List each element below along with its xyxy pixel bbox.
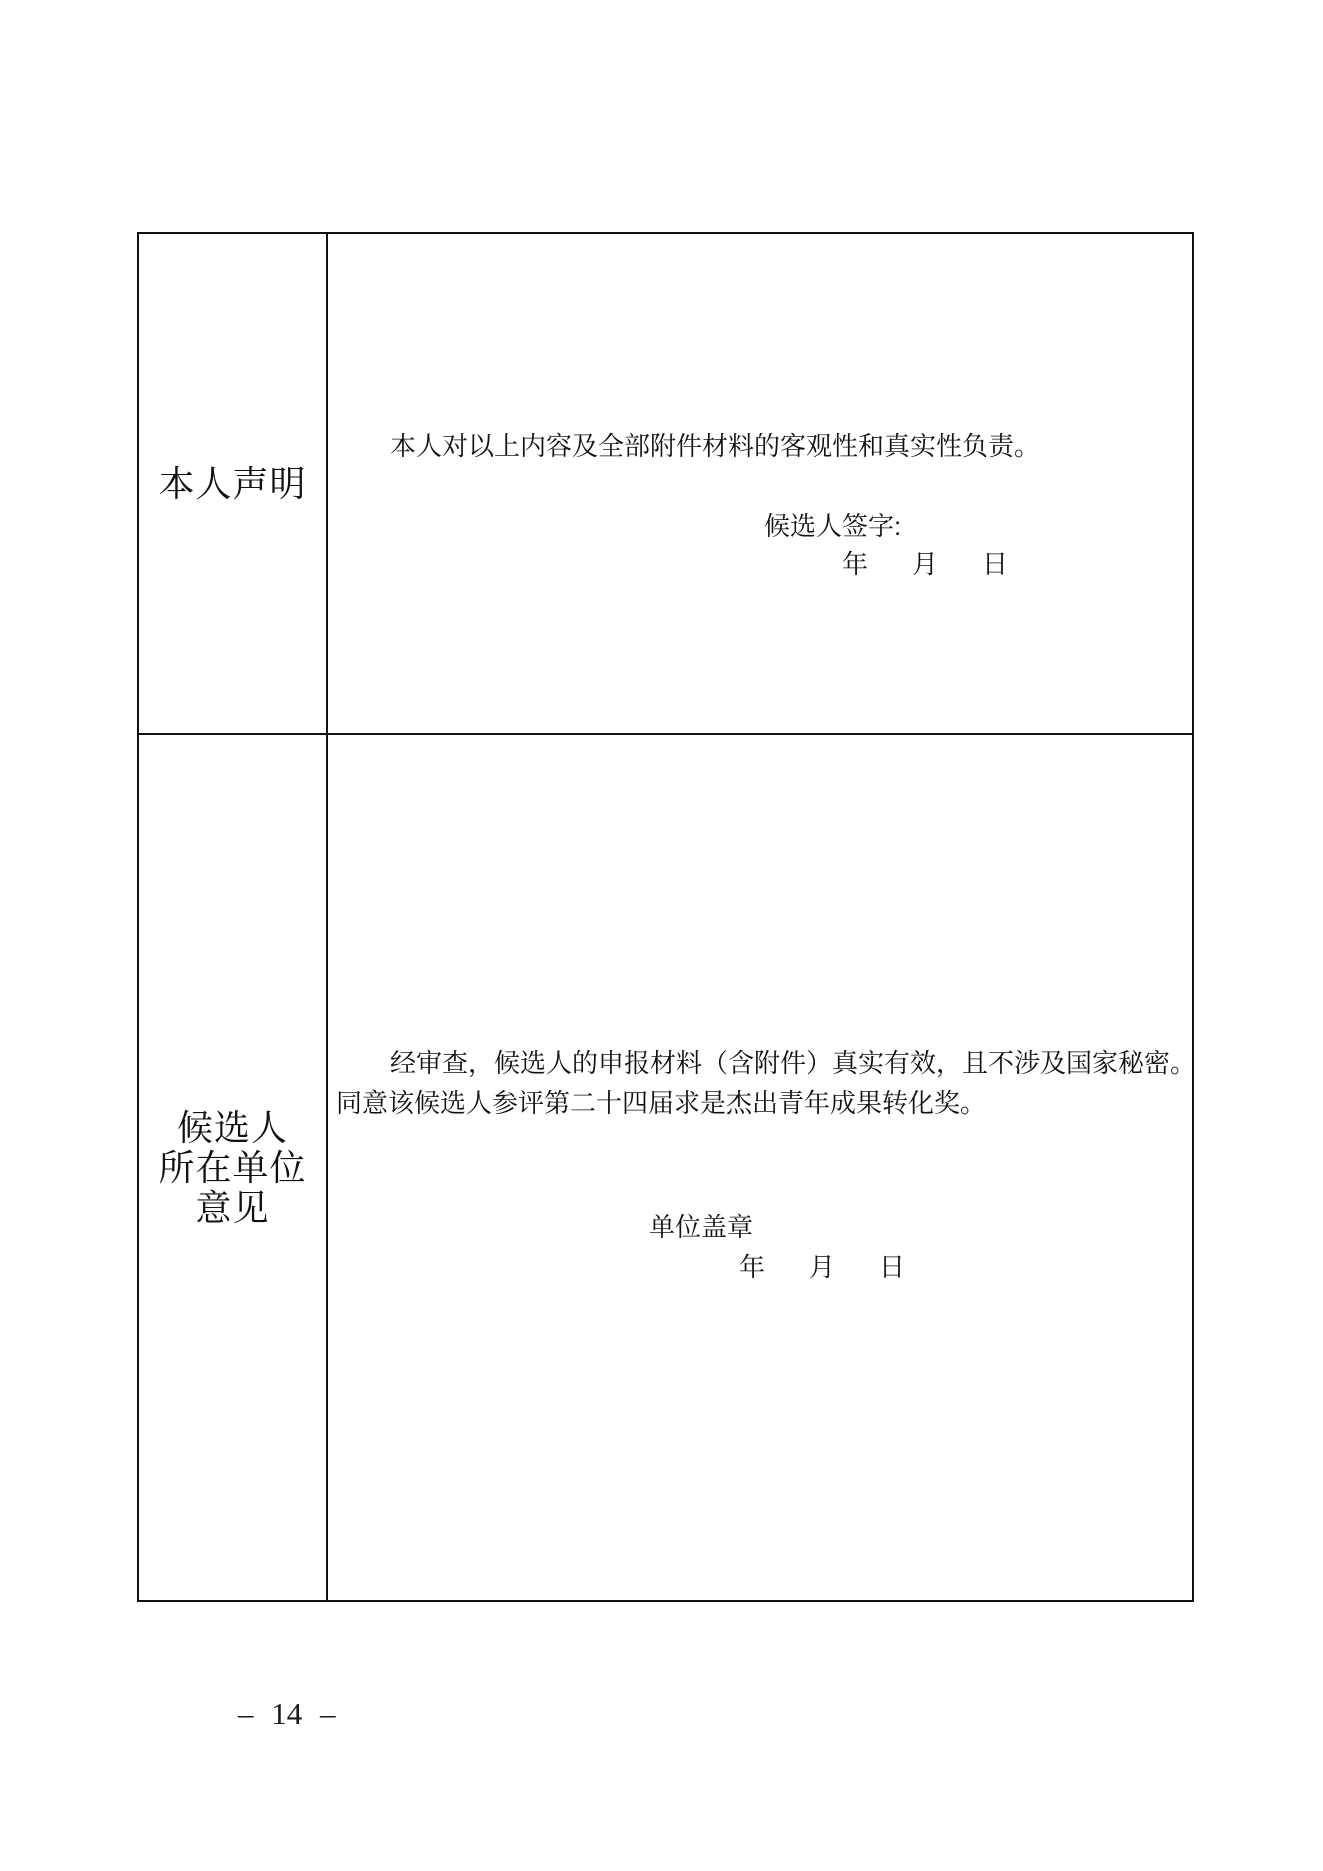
month-label: 月 [912,544,938,584]
unit-opinion-date-line: 年 月 日 [739,1247,905,1287]
unit-opinion-header-line: 意见 [195,1188,269,1228]
unit-opinion-statement: 经审查，候选人的申报材料（含附件）真实有效，且不涉及国家秘密。 同意该候选人参评… [336,1043,1196,1123]
month-label: 月 [809,1247,835,1287]
unit-opinion-header-cell: 候选人 所在单位 意见 [139,735,328,1600]
declaration-statement: 本人对以上内容及全部附件材料的客观性和真实性负责。 [336,426,1040,466]
declaration-header-label: 本人声明 [158,464,306,504]
unit-seal-label: 单位盖章 [649,1207,753,1247]
unit-opinion-statement-line-1: 经审查，候选人的申报材料（含附件）真实有效，且不涉及国家秘密。 [336,1043,1196,1083]
form-table: 本人声明 本人对以上内容及全部附件材料的客观性和真实性负责。 候选人签字: 年 … [137,232,1194,1602]
declaration-date-line: 年 月 日 [842,544,1008,584]
unit-opinion-statement-line-2: 同意该候选人参评第二十四届求是杰出青年成果转化奖。 [336,1083,1196,1123]
year-label: 年 [842,544,868,584]
unit-opinion-header-line: 候选人 [177,1108,288,1148]
declaration-header-cell: 本人声明 [139,234,328,735]
unit-opinion-header-line: 所在单位 [158,1148,306,1188]
unit-opinion-content-cell: 经审查，候选人的申报材料（含附件）真实有效，且不涉及国家秘密。 同意该候选人参评… [328,735,1192,1600]
day-label: 日 [879,1247,905,1287]
page-number: – 14 – [238,1694,336,1734]
declaration-content-cell: 本人对以上内容及全部附件材料的客观性和真实性负责。 候选人签字: 年 月 日 [328,234,1192,735]
year-label: 年 [739,1247,765,1287]
document-page: 本人声明 本人对以上内容及全部附件材料的客观性和真实性负责。 候选人签字: 年 … [0,0,1323,1871]
day-label: 日 [982,544,1008,584]
candidate-signature-label: 候选人签字: [764,506,901,546]
